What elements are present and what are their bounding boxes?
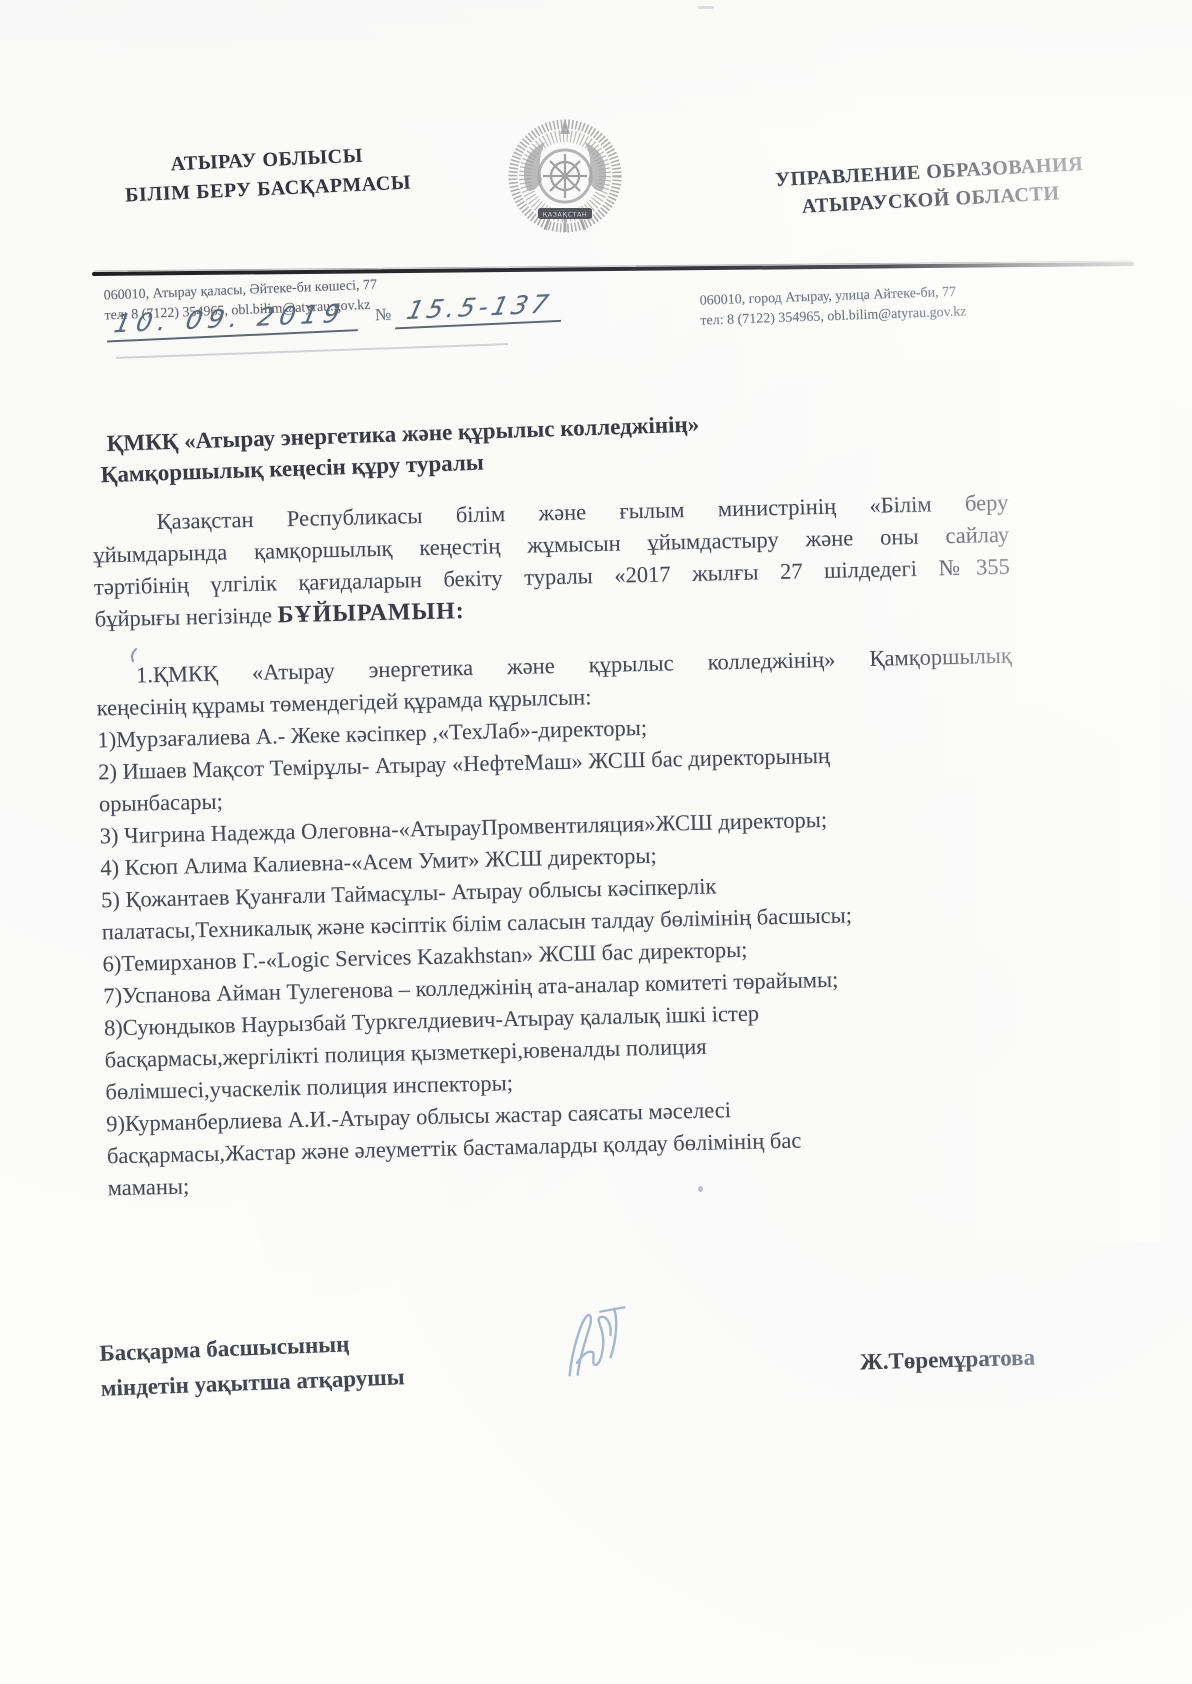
order-title: ҚМКҚ «Атырау энергетика және құрылыс кол… (99, 402, 901, 490)
council-members-list: 1)Мурзағалиева А.- Жеке кәсіпкер ,«ТехЛа… (97, 704, 1024, 1205)
scanned-order-document: АТЫРАУ ОБЛЫСЫ БІЛІМ БЕРУ БАСҚАРМАСЫ ҚАЗА… (0, 0, 1192, 1684)
scan-artifact-comma (128, 647, 140, 663)
org-name-kazakh: АТЫРАУ ОБЛЫСЫ БІЛІМ БЕРУ БАСҚАРМАСЫ (94, 138, 441, 212)
order-command-word: БҰЙЫРАМЫН: (277, 598, 465, 628)
emblem-banner-text: ҚАЗАҚСТАН (543, 211, 588, 219)
scan-artifact-dash (698, 6, 714, 9)
org-name-russian: УПРАВЛЕНИЕ ОБРАЗОВАНИЯ АТЫРАУСКОЙ ОБЛАСТ… (734, 148, 1126, 224)
number-sign-label: № (375, 305, 392, 326)
signer-position: Басқарма басшысының міндетін уақытша атқ… (99, 1324, 405, 1406)
scan-artifact-dot (698, 1186, 703, 1192)
kazakhstan-state-emblem-icon: ҚАЗАҚСТАН (505, 114, 625, 242)
signer-name: Ж.Төремұратова (860, 1345, 1036, 1376)
order-command-prefix: бұйрығы негізінде (94, 602, 277, 631)
handwritten-number: 15.5-137 (395, 288, 569, 329)
header-divider-rule (92, 262, 1134, 276)
registration-underline-mark (116, 343, 508, 358)
document-body: Қазақстан Республикасы білім және ғылым … (92, 487, 1024, 1205)
handwritten-signature-icon (535, 1289, 652, 1399)
address-block-russian: 060010, город Атырау, улица Айтеке-би, 7… (699, 282, 966, 331)
